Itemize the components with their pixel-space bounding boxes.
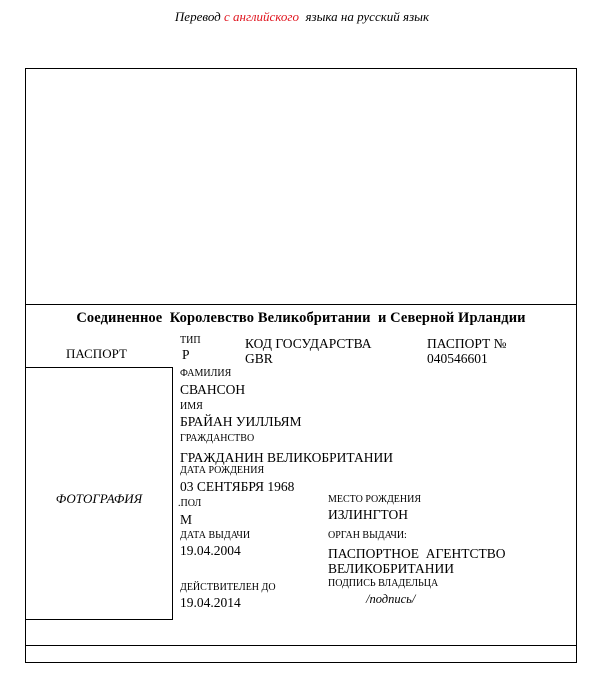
dob-value: 03 СЕНТЯБРЯ 1968 bbox=[180, 479, 294, 495]
issue-date-value: 19.04.2004 bbox=[180, 543, 241, 559]
authority-value-line1: ПАСПОРТНОЕ АГЕНТСТВО bbox=[328, 546, 506, 562]
given-names-value: БРАЙАН УИЛЛЬЯМ bbox=[180, 414, 302, 430]
signature-value: /подпись/ bbox=[366, 592, 415, 607]
header-text-2: языка на русский язык bbox=[299, 9, 429, 24]
photo-box: ФОТОГРАФИЯ bbox=[25, 367, 173, 620]
divider-top bbox=[25, 304, 577, 305]
sex-value: М bbox=[180, 512, 192, 528]
type-label: ТИП bbox=[180, 335, 201, 346]
header-text-highlight: с английского bbox=[224, 9, 299, 24]
country-title: Соединенное Королевство Великобритании и… bbox=[25, 310, 577, 327]
passport-no-label: ПАСПОРТ № bbox=[427, 336, 507, 352]
surname-value: СВАНСОН bbox=[180, 382, 245, 398]
nationality-value: ГРАЖДАНИН ВЕЛИКОБРИТАНИИ bbox=[180, 450, 393, 466]
photo-placeholder: ФОТОГРАФИЯ bbox=[56, 491, 142, 507]
surname-label: ФАМИЛИЯ bbox=[180, 368, 231, 379]
header-text-1: Перевод bbox=[175, 9, 224, 24]
authority-value-line2: ВЕЛИКОБРИТАНИИ bbox=[328, 561, 454, 577]
country-code-label: КОД ГОСУДАРСТВА bbox=[245, 336, 372, 352]
authority-label: ОРГАН ВЫДАЧИ: bbox=[328, 530, 407, 541]
document-header: Перевод с английского языка на русский я… bbox=[0, 9, 604, 25]
passport-no-value: 040546601 bbox=[427, 351, 488, 367]
signature-label: ПОДПИСЬ ВЛАДЕЛЬЦА bbox=[328, 578, 438, 589]
country-code-value: GBR bbox=[245, 351, 273, 367]
issue-date-label: ДАТА ВЫДАЧИ bbox=[180, 530, 250, 541]
sex-label: .ПОЛ bbox=[178, 498, 201, 509]
place-of-birth-label: МЕСТО РОЖДЕНИЯ bbox=[328, 494, 421, 505]
doc-title: ПАСПОРТ bbox=[66, 346, 127, 362]
dob-label: ДАТА РОЖДЕНИЯ bbox=[180, 465, 264, 476]
divider-bottom bbox=[25, 645, 577, 646]
expiry-date-value: 19.04.2014 bbox=[180, 595, 241, 611]
type-value: P bbox=[182, 347, 190, 363]
given-names-label: ИМЯ bbox=[180, 401, 203, 412]
expiry-date-label: ДЕЙСТВИТЕЛЕН ДО bbox=[180, 582, 276, 593]
place-of-birth-value: ИЗЛИНГТОН bbox=[328, 507, 408, 523]
nationality-label: ГРАЖДАНСТВО bbox=[180, 433, 254, 444]
